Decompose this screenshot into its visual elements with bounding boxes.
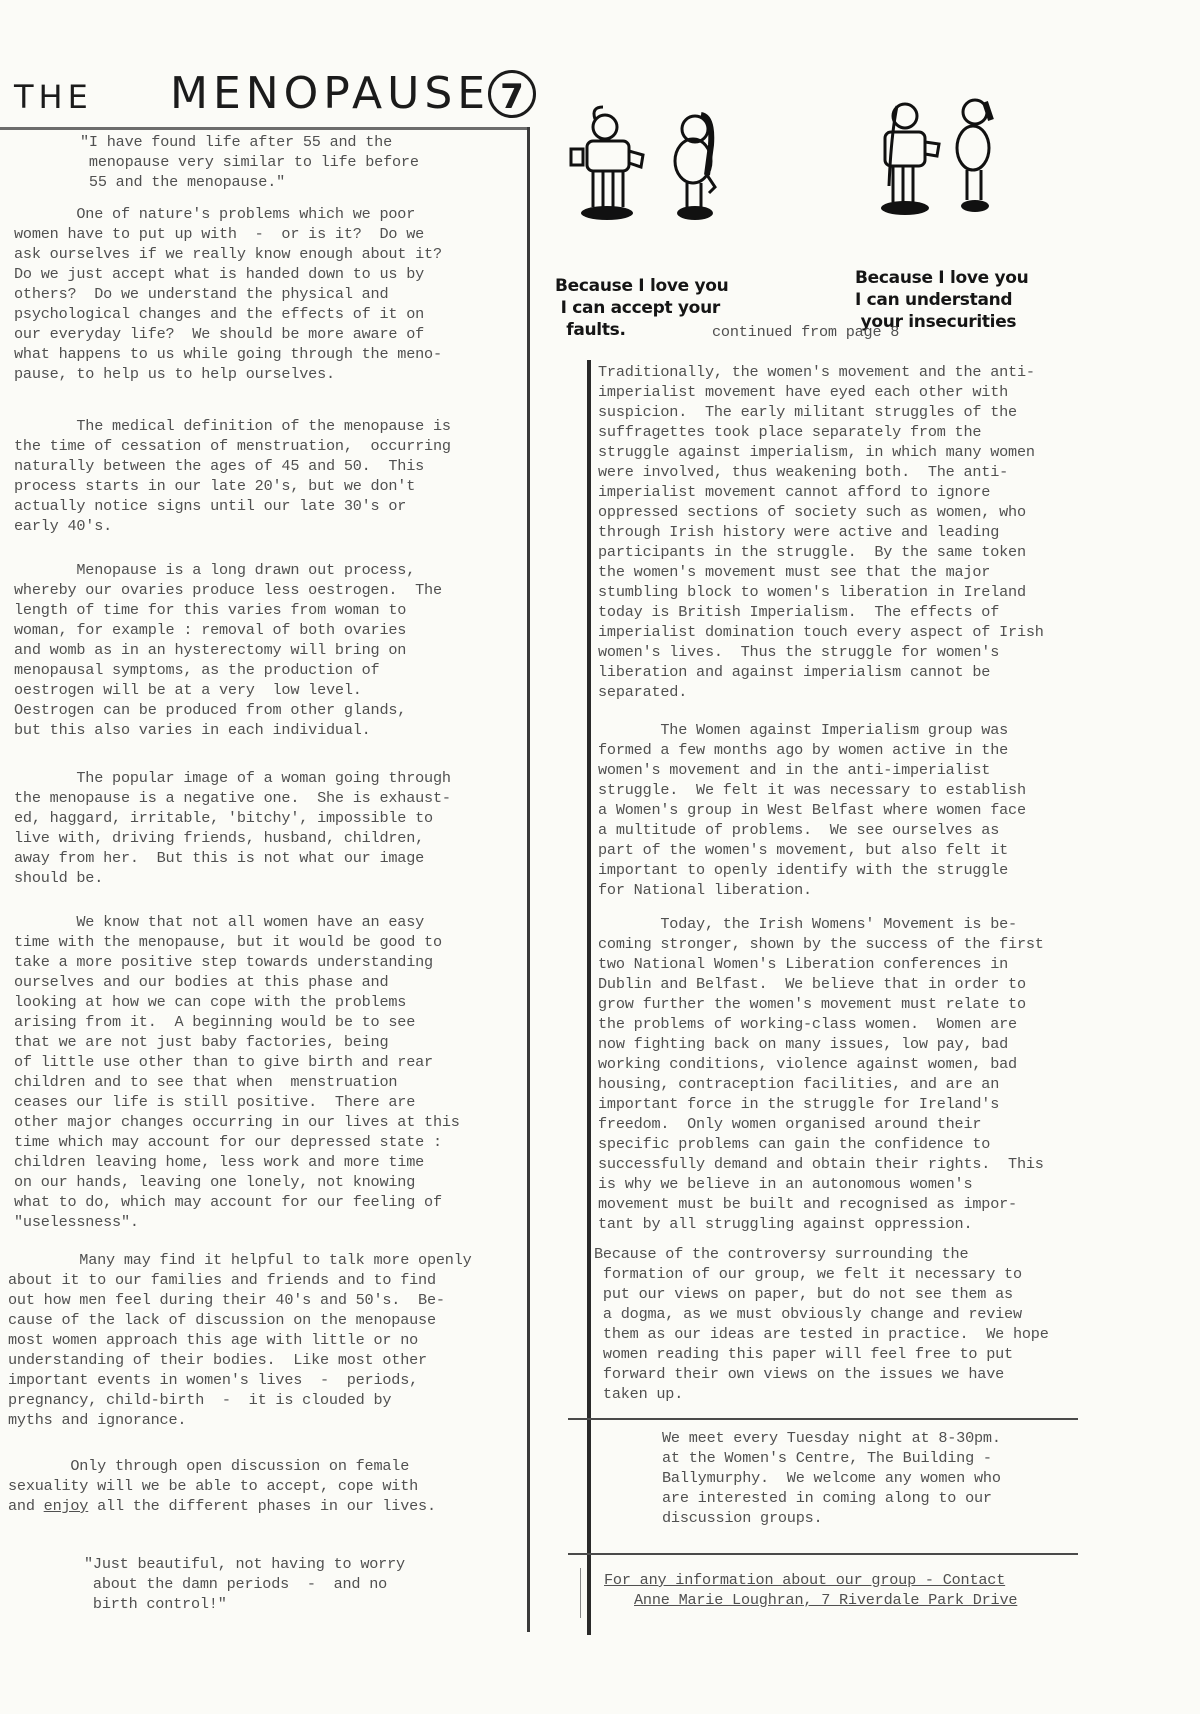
paragraph-6: Many may find it helpful to talk more op… <box>8 1250 472 1430</box>
title-underline-rule <box>0 127 530 130</box>
right-paragraph-3: Today, the Irish Womens' Movement is be-… <box>598 914 1044 1234</box>
contact-side-rule <box>580 1568 581 1618</box>
paragraph-2: The medical definition of the menopause … <box>14 416 451 536</box>
page-number-badge: 7 <box>488 70 536 118</box>
meeting-top-rule <box>568 1418 1078 1420</box>
right-paragraph-1: Traditionally, the women's movement and … <box>598 362 1044 702</box>
closing-paragraph: Only through open discussion on female s… <box>8 1456 436 1516</box>
right-column-left-bar <box>587 360 591 1635</box>
contact-line-1: For any information about our group - Co… <box>604 1570 1005 1590</box>
opening-quote: "I have found life after 55 and the meno… <box>80 132 419 192</box>
meeting-bottom-rule <box>568 1553 1078 1555</box>
meeting-info: We meet every Tuesday night at 8-30pm. a… <box>662 1428 1001 1528</box>
couple-cartoon-icon <box>555 70 795 270</box>
left-column-divider <box>527 127 530 1632</box>
continued-note: continued from page 8 <box>712 322 899 342</box>
paragraph-5: We know that not all women have an easy … <box>14 912 460 1232</box>
right-paragraph-2: The Women against Imperialism group was … <box>598 720 1026 900</box>
title-the: THE <box>14 78 93 116</box>
article-title: THE MENOPAUSE 7 <box>8 68 528 124</box>
paragraph-4: The popular image of a woman going throu… <box>14 768 451 888</box>
emphasis-enjoy: enjoy <box>44 1497 89 1515</box>
paragraph-1: One of nature's problems which we poor w… <box>14 204 442 384</box>
paragraph-3: Menopause is a long drawn out process, w… <box>14 560 442 740</box>
title-menopause: MENOPAUSE <box>170 68 490 119</box>
cartoon-panel-2: Because I love you I can understand your… <box>855 62 1095 333</box>
closing-text-end: all the different phases in our lives. <box>88 1497 436 1515</box>
closing-quote: "Just beautiful, not having to worry abo… <box>84 1554 405 1614</box>
contact-line-2: Anne Marie Loughran, 7 Riverdale Park Dr… <box>634 1590 1017 1610</box>
cartoon-panel-1: Because I love you I can accept your fau… <box>555 70 795 341</box>
couple-cartoon-icon <box>855 62 1095 262</box>
right-paragraph-4: Because of the controversy surrounding t… <box>594 1244 1049 1404</box>
